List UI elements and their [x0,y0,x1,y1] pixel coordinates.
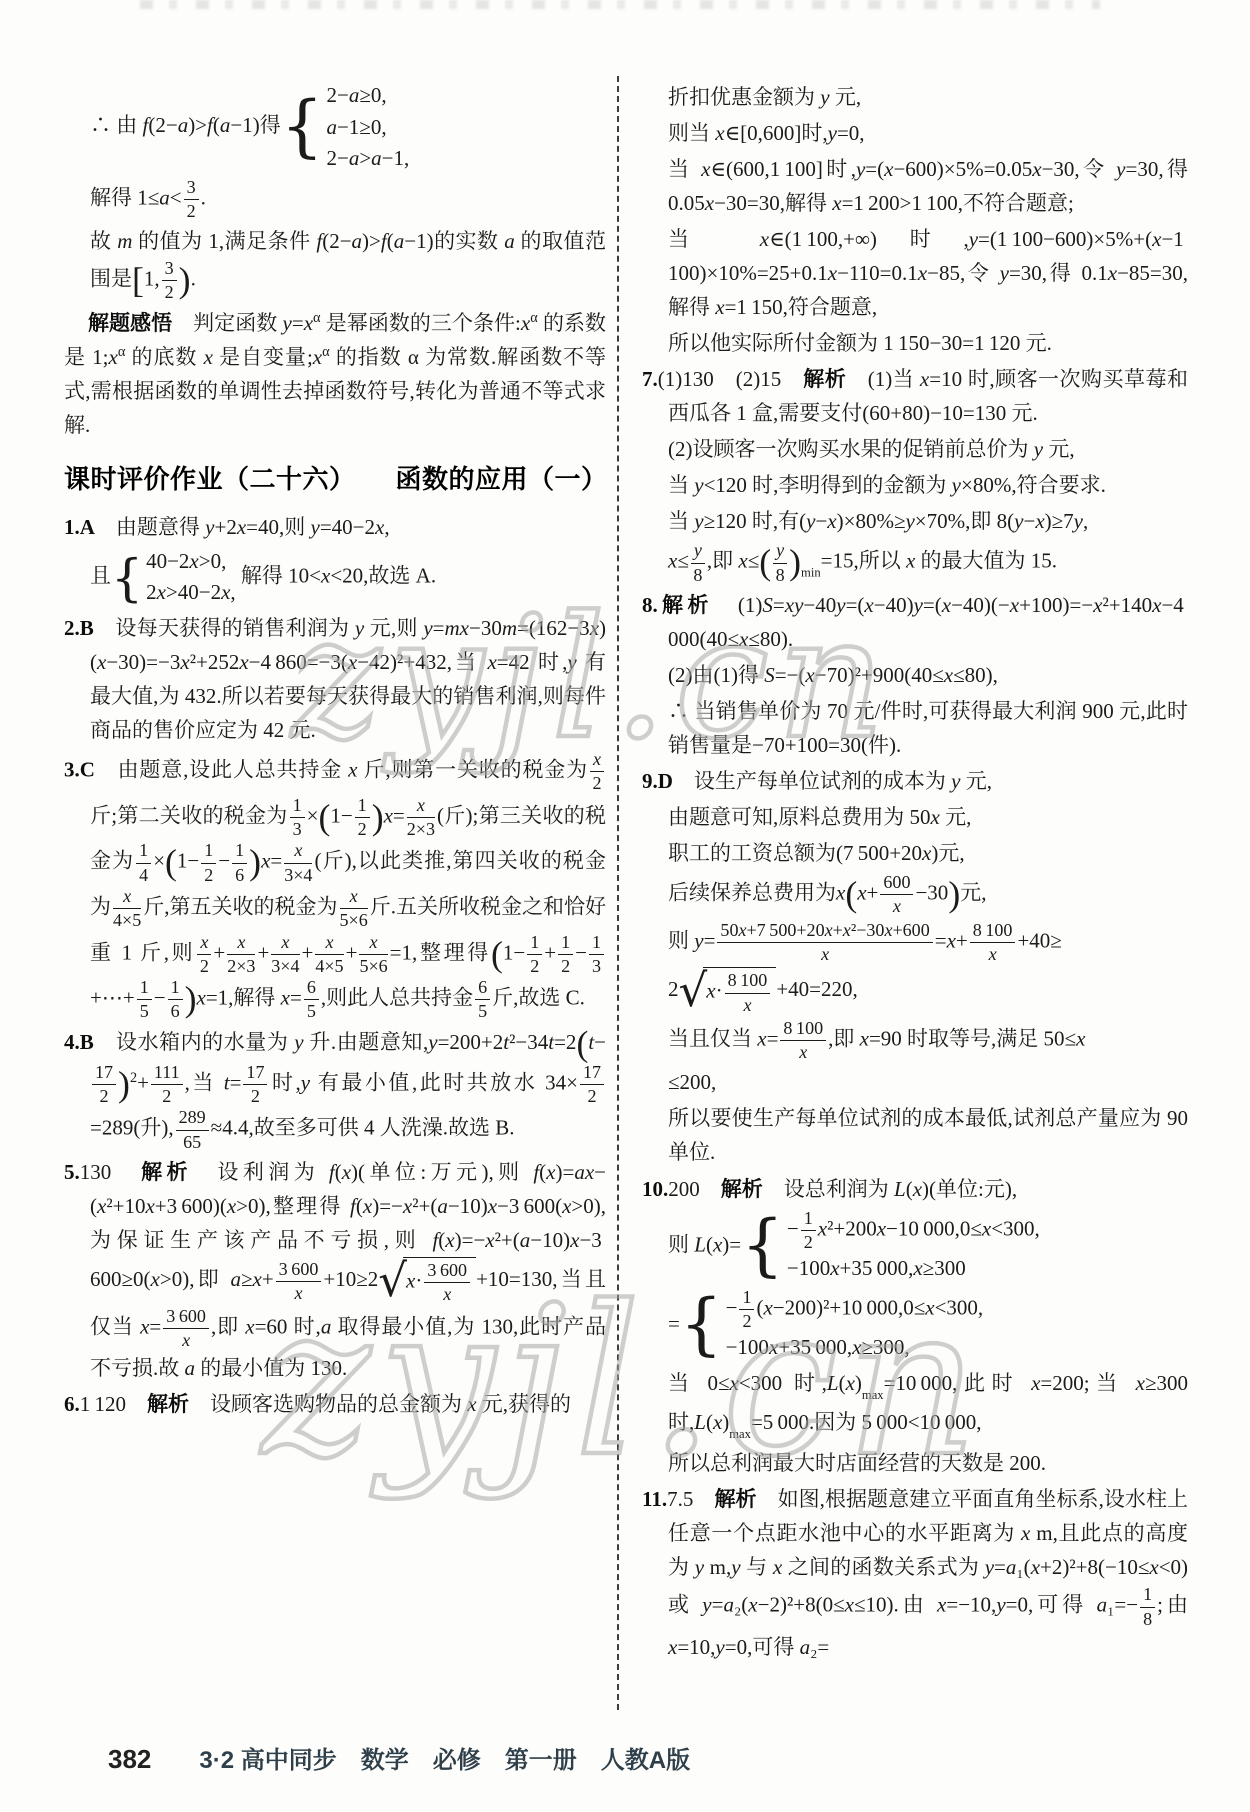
fraction-numerator: 8 100 [725,970,771,993]
left-column: ∴ 由 f(2−a)>f(a−1)得2−a≥0,a−1≥0,2−a>a−1,解得… [64,80,606,1423]
fraction: 3 600x [161,1306,211,1352]
fraction: 8 100x [968,920,1018,966]
fraction-numerator: 6 [475,977,490,1000]
fraction-denominator: 2 [197,955,211,977]
text-block: 1.A 由题意得 y+2x=40,则 y=40−2x, [64,510,606,544]
bold-text: 7. [642,367,658,391]
fraction-numerator: 50x+7 500+20x+x²−30x+600 [717,920,932,943]
roman-text: A [416,563,431,587]
fraction-numerator: 17 [243,1062,267,1085]
text-block: 2√x·8 100x+40=220, [642,967,1188,1016]
fraction-denominator: 4×5 [315,955,343,977]
fraction-denominator: x [725,994,771,1016]
fraction: 15 [135,977,154,1023]
big-delimiter: ( [165,842,177,882]
superscript: 2 [130,1070,137,1086]
fraction-numerator: 1 [1140,1584,1155,1607]
fraction-denominator: 2 [580,1085,604,1107]
big-delimiter: ) [249,842,261,882]
section-heading: 课时评价作业（二十六） 函数的应用（一） [64,458,606,500]
fraction: 172 [578,1062,606,1108]
fraction-denominator: 2 [162,281,177,303]
fraction-denominator: 2 [92,1085,116,1107]
text-block: ∴ 由 f(2−a)>f(a−1)得2−a≥0,a−1≥0,2−a>a−1, [64,80,606,175]
bold-text: 解析 [721,1177,763,1201]
big-delimiter: ) [118,1064,130,1104]
fraction-denominator: 2 [184,200,199,222]
footer-volume: 第一册 [505,1747,577,1774]
fraction-numerator: 1 [527,932,542,955]
fraction: 32 [182,177,201,223]
roman-text: B [495,1116,509,1140]
fraction: 172 [90,1062,118,1108]
text-block: 3.C 由题意,设此人总共持金 x 斤,则第一关收的税金为x2斤;第二关收的税金… [64,749,606,1023]
bold-text: 8. [642,593,658,617]
text-block: 11.7.5 解析 如图,根据题意建立平面直角坐标系,设水柱上任意一个点距水池中… [642,1482,1188,1664]
fraction-numerator: 17 [92,1062,116,1085]
fraction-numerator: 1 [232,840,247,863]
fraction: 13 [288,795,307,841]
fraction-denominator: 3×4 [284,864,312,886]
fraction-numerator: x [113,886,141,909]
text-block: 当 y<120 时,李明得到的金额为 y×80%,符合要求. [642,468,1188,502]
big-delimiter: ( [845,874,857,914]
page-footer: 3823·2 高中同步数学必修第一册人教A版 [108,1740,714,1775]
fraction-denominator: 5×6 [359,955,387,977]
fraction-numerator: 17 [580,1062,604,1085]
text-block: 所以总利润最大时店面经营的天数是 200. [642,1446,1188,1480]
superscript: α [530,310,537,326]
bold-text: 1.A [64,515,95,539]
fraction: 14 [134,840,153,886]
roman-text: C [566,986,580,1010]
text-block: 4.B 设水箱内的水量为 y 升.由题意知,y=200+2t²−34t=2(t−… [64,1025,606,1153]
cases-line: −100x+35 000,x≥300 [787,1253,1040,1285]
fraction: x2 [588,749,606,795]
fraction-numerator: 1 [201,840,216,863]
fraction-denominator: 2 [590,772,604,794]
bold-text: 解析 [803,367,846,391]
fraction-denominator: x [880,895,913,917]
fraction: 8 100x [778,1018,828,1064]
fraction: 12 [737,1287,756,1333]
cases-line: 2x>40−2x, [146,577,236,609]
fraction-numerator: x [590,749,604,772]
bold-text: 4.B [64,1030,94,1054]
fraction: 12 [525,932,544,978]
fraction-numerator: x [227,932,255,955]
big-delimiter: [ [132,260,144,300]
text-block: 解题感悟 判定函数 y=xα 是幂函数的三个条件:xα 的系数是 1;xα 的底… [64,306,606,442]
fraction-denominator: 8 [691,564,705,586]
big-delimiter: ( [491,933,503,973]
text-block: 当 y≥120 时,有(y−x)×80%≥y×70%,即 8(y−x)≥7y, [642,504,1188,538]
fraction: 16 [166,977,185,1023]
cases-brace: 40−2x>0,2x>40−2x, [111,546,236,609]
fraction: 3 600x [422,1260,472,1306]
fraction-denominator: x [276,1282,322,1304]
fraction-numerator: 1 [589,932,604,955]
big-delimiter: ) [372,797,384,837]
fraction: x4×5 [111,886,143,932]
fraction: 13 [587,932,606,978]
fraction: 600x [878,872,915,918]
fraction-denominator: 2 [527,955,542,977]
fraction: x3×4 [269,932,301,978]
fraction: 12 [556,932,575,978]
text-block: 2.B 设每天获得的销售利润为 y 元,则 y=mx−30m=(162−3x)(… [64,611,606,747]
fraction-denominator: x [970,943,1016,965]
text-block: =−12(x−200)²+10 000,0≤x<300,−100x+35 000… [642,1287,1188,1364]
bold-text: 解题感悟 [88,311,172,335]
big-delimiter: ( [576,1023,588,1063]
fraction: x4×5 [313,932,345,978]
fraction: 12 [799,1208,818,1254]
fraction-denominator: 2×3 [407,818,435,840]
fraction: 65 [302,977,321,1023]
big-delimiter: ( [759,542,771,582]
fraction-denominator: 2 [243,1085,267,1107]
fraction: 8 100x [723,970,773,1016]
page-number: 382 [108,1744,151,1774]
fraction: 172 [241,1062,269,1108]
fraction-numerator: 3 600 [163,1306,209,1329]
text-block: 折扣优惠金额为 y 元, [642,80,1188,114]
text-block: ≤200, [642,1065,1188,1099]
fraction-denominator: 8 [773,564,787,586]
superscript: α [118,344,125,360]
fraction-denominator: 3 [290,818,305,840]
fraction-denominator: 5 [304,1000,319,1022]
big-delimiter: ) [789,542,801,582]
column-divider [617,76,619,1710]
text-block: 所以要使生产每单位试剂的成本最低,试剂总产量应为 90 单位. [642,1101,1188,1169]
fraction-numerator: y [691,540,705,563]
sqrt-radical: √x·3 600x [378,1257,476,1306]
fraction-numerator: 3 600 [276,1259,322,1282]
fraction-numerator: x [284,840,312,863]
bold-text: 解析 [147,1392,189,1416]
fraction-numerator: 1 [137,977,152,1000]
subscript: max [729,1427,751,1441]
fraction-numerator: 1 [290,795,305,818]
fraction-denominator: 2 [558,955,573,977]
fraction-numerator: 1 [801,1208,816,1231]
subscript: max [862,1388,884,1402]
fraction-denominator: 65 [176,1131,209,1153]
text-block: 当且仅当 x=8 100x,即 x=90 时取等号,满足 50≤x [642,1018,1188,1064]
text-block: 9.D 设生产每单位试剂的成本为 y 元, [642,764,1188,798]
fraction-denominator: x [424,1283,470,1305]
fraction-numerator: 8 100 [780,1018,826,1041]
fraction-numerator: 1 [168,977,183,1000]
fraction-numerator: 1 [355,795,370,818]
superscript: α [313,310,320,326]
text-block: 6.1 120 解析 设顾客选购物品的总金额为 x 元,获得的 [64,1387,606,1421]
fraction-denominator: 5 [475,1000,490,1022]
fraction: x5×6 [357,932,389,978]
sqrt-radical: √x·8 100x [679,967,777,1016]
bold-text: 解析 [658,593,713,617]
bold-text: 9.D [642,769,673,793]
text-block: 10.200 解析 设总利润为 L(x)(单位:元), [642,1172,1188,1206]
fraction-denominator: 5×6 [340,909,368,931]
fraction-denominator: 4×5 [113,909,141,931]
text-block: 5.130 解析 设利润为 f(x)(单位:万元),则 f(x)=ax−(x²+… [64,1155,606,1385]
fraction: 50x+7 500+20x+x²−30x+600x [715,920,934,966]
fraction: 16 [230,840,249,886]
superscript: α [322,344,329,360]
fraction-denominator: 6 [168,1000,183,1022]
cases-line: 2−a>a−1, [326,143,409,175]
cases-line: 40−2x>0, [146,546,236,578]
fraction: 12 [353,795,372,841]
right-column: 折扣优惠金额为 y 元,则当 x∈[0,600]时,y=0,当 x∈(600,1… [642,80,1188,1666]
cases-line: −12(x−200)²+10 000,0≤x<300, [726,1287,984,1333]
fraction-numerator: x [197,932,211,955]
bold-text: 5. [64,1160,80,1184]
fraction-denominator: 2 [739,1310,754,1332]
bold-text: 解析 [141,1160,192,1184]
cases-line: −12x²+200x−10 000,0≤x<300, [787,1208,1040,1254]
fraction: 1112 [149,1062,185,1108]
fraction-numerator: 3 [162,258,177,281]
cases-brace: −12(x−200)²+10 000,0≤x<300,−100x+35 000,… [680,1287,983,1364]
fraction-numerator: x [271,932,299,955]
fraction: x3×4 [282,840,314,886]
fraction-numerator: 289 [176,1107,209,1130]
footer-subject: 数学 [361,1747,409,1774]
text-block: 则 y=50x+7 500+20x+x²−30x+600x=x+8 100x+4… [642,920,1188,966]
fraction-denominator: x [717,943,932,965]
cases-brace: 2−a≥0,a−1≥0,2−a>a−1, [281,80,410,175]
bold-text: 2.B [64,616,94,640]
fraction-denominator: 2 [201,864,216,886]
fraction-numerator: 3 600 [424,1260,470,1283]
fraction-denominator: x [163,1329,209,1351]
fraction: y8 [689,540,707,586]
fraction-denominator: 3×4 [271,955,299,977]
fraction-denominator: 4 [136,864,151,886]
text-block: 故 m 的值为 1,满足条件 f(2−a)>f(a−1)的实数 a 的取值范围是… [64,224,606,304]
text-block: 且40−2x>0,2x>40−2x, 解得 10<x<20,故选 A. [64,546,606,609]
text-block: 解得 1≤a<32. [64,177,606,223]
fraction-denominator: 8 [1140,1608,1155,1630]
fraction-numerator: 600 [880,872,913,895]
text-block: ∴ 当销售单价为 70 元/件时,可获得最大利润 900 元,此时销售量是−70… [642,694,1188,762]
text-block: 7.(1)130 (2)15 解析 (1)当 x=10 时,顾客一次购买草莓和西… [642,362,1188,430]
fraction-numerator: x [340,886,368,909]
fraction: x2 [195,932,213,978]
fraction-numerator: 1 [136,840,151,863]
fraction-denominator: 3 [589,955,604,977]
fraction: 28965 [174,1107,211,1153]
text-block: 由题意可知,原料总费用为 50x 元, [642,800,1188,834]
fraction-numerator: x [359,932,387,955]
fraction-denominator: 2 [801,1231,816,1253]
cases-line: −100x+35 000,x≥300, [726,1332,984,1364]
cases-line: a−1≥0, [326,112,409,144]
bold-text: 10. [642,1177,668,1201]
fraction: 12 [199,840,218,886]
fraction-numerator: y [773,540,787,563]
footer-edition: 人教A版 [601,1747,690,1774]
big-delimiter: ) [948,874,960,914]
text-block: 所以他实际所付金额为 1 150−30=1 120 元. [642,326,1188,360]
text-block: 8.解析 (1)S=xy−40y=(x−40)y=(x−40)(−x+100)=… [642,588,1188,656]
roman-text: m [710,1555,726,1579]
fraction-denominator: x [780,1041,826,1063]
big-delimiter: ) [179,260,191,300]
fraction: x2×3 [405,795,437,841]
fraction: 65 [473,977,492,1023]
text-block: (2)由(1)得 S=−(x−70)²+900(40≤x≤80), [642,658,1188,692]
bold-text: 6. [64,1392,80,1416]
fraction-denominator: 2×3 [227,955,255,977]
text-block: x≤y8,即 x≤(y8)min=15,所以 x 的最大值为 15. [642,540,1188,586]
text-block: 则 L(x)=−12x²+200x−10 000,0≤x<300,−100x+3… [642,1208,1188,1285]
bold-text: 解析 [714,1487,756,1511]
text-block: (2)设顾客一次购买水果的促销前总价为 y 元, [642,432,1188,466]
big-delimiter: ) [185,979,197,1019]
footer-level: 必修 [433,1747,481,1774]
cases-brace: −12x²+200x−10 000,0≤x<300,−100x+35 000,x… [741,1208,1040,1285]
fraction-denominator: 2 [151,1085,183,1107]
fraction-numerator: 111 [151,1062,183,1085]
fraction-denominator: 5 [137,1000,152,1022]
page-top-bleed [140,0,1100,9]
textbook-page: ∴ 由 f(2−a)>f(a−1)得2−a≥0,a−1≥0,2−a>a−1,解得… [0,0,1250,1812]
fraction-numerator: 1 [739,1287,754,1310]
big-delimiter: ( [318,797,330,837]
fraction: x2×3 [225,932,257,978]
fraction-numerator: 1 [558,932,573,955]
text-block: 当 x∈(1 100,+∞)时,y=(1 100−600)×5%+(x−1 10… [642,222,1188,324]
fraction-numerator: 3 [184,177,199,200]
fraction: 18 [1138,1584,1157,1630]
fraction-numerator: x [315,932,343,955]
fraction-denominator: 2 [355,818,370,840]
fraction-numerator: 8 100 [970,920,1016,943]
fraction-denominator: 6 [232,864,247,886]
subscript: min [801,566,821,580]
fraction: 3 600x [274,1259,324,1305]
text-block: 职工的工资总额为(7 500+20x)元, [642,836,1188,870]
footer-series: 3·2 高中同步 [199,1747,336,1774]
text-block: 当 0≤x<300 时,L(x)max=10 000,此时 x=200;当 x≥… [642,1366,1188,1444]
text-block: 则当 x∈[0,600]时,y=0, [642,116,1188,150]
text-block: 后续保养总费用为x(x+600x−30)元, [642,872,1188,918]
fraction-numerator: x [407,795,435,818]
fraction: y8 [771,540,789,586]
fraction: x5×6 [338,886,370,932]
fraction: 32 [160,258,179,304]
bold-text: 11. [642,1487,667,1511]
roman-text: m [1036,1521,1052,1545]
fraction-numerator: 6 [304,977,319,1000]
text-block: 当 x∈(600,1 100]时,y=(x−600)×5%=0.05x−30,令… [642,152,1188,220]
bold-text: 3.C [64,758,95,782]
cases-line: 2−a≥0, [326,80,409,112]
